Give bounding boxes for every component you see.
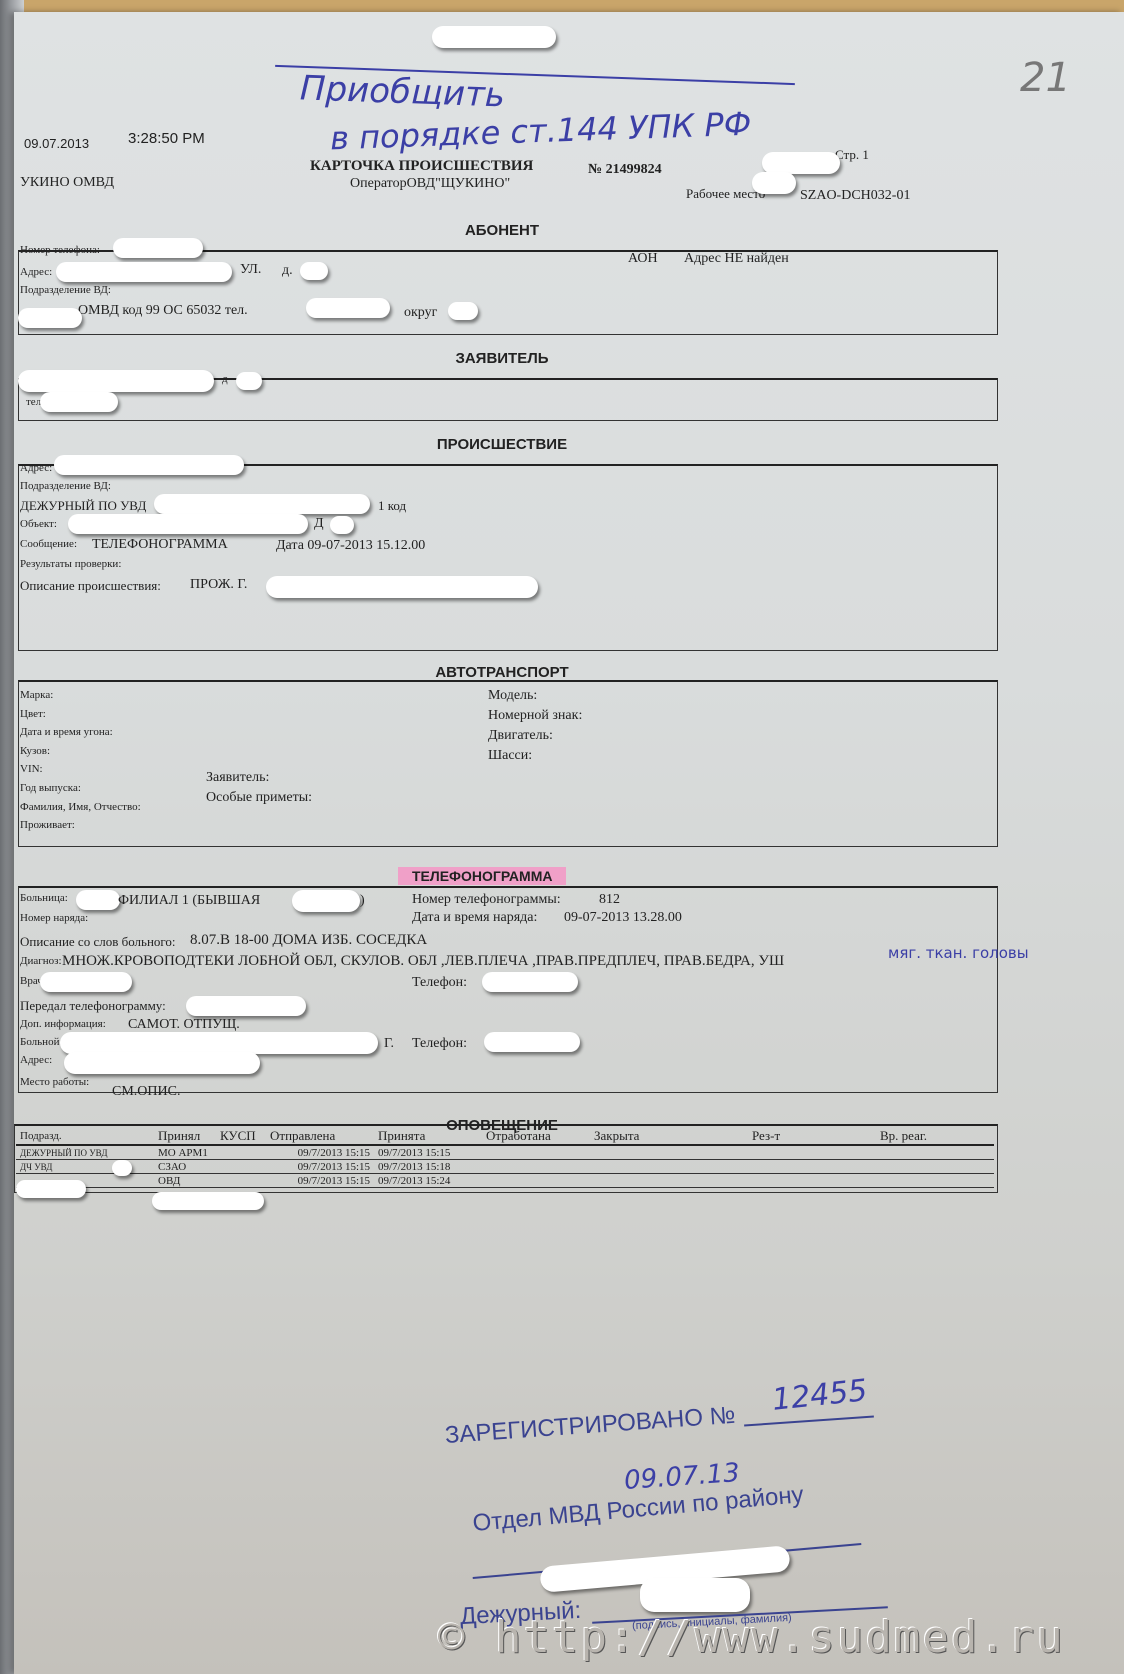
workplace-field: СМ.ОПИС. xyxy=(112,1084,180,1100)
section-title-incident: ПРОИСШЕСТВИЕ xyxy=(14,436,990,453)
vehicle-middle-fields: Заявитель: Особые приметы: xyxy=(206,768,406,808)
redaction xyxy=(762,152,840,174)
object-house: Д xyxy=(314,516,324,532)
col-sent: Отправлена xyxy=(266,1128,374,1145)
extra-info: САМОТ. ОТПУЩ. xyxy=(128,1017,240,1033)
col-accepted: Принята xyxy=(374,1128,482,1145)
page-number-handwritten: 21 xyxy=(1020,55,1071,101)
redaction xyxy=(18,308,82,328)
hospital-end: ) xyxy=(360,893,365,909)
card-title: КАРТОЧКА ПРОИСШЕСТВИЯ xyxy=(310,158,533,175)
table-row: ДЧ УВД СЗАО 09/7/2013 15:15 09/7/2013 15… xyxy=(16,1160,994,1174)
duty-line: ДЕЖУРНЫЙ ПО УВД xyxy=(20,498,146,514)
col-unit: Подразд. xyxy=(16,1128,154,1145)
district-label: округ xyxy=(404,305,437,321)
redaction xyxy=(113,238,203,258)
field-year: Год выпуска: xyxy=(20,779,200,798)
col-received-by: Принял xyxy=(154,1128,216,1145)
aon-label: АОН xyxy=(628,251,658,267)
field-vin: VIN: xyxy=(20,760,200,779)
col-reaction-time: Вр. реаг. xyxy=(876,1128,994,1145)
col-kusp: КУСП xyxy=(216,1128,266,1145)
operator: ОператорОВД"ЩУКИНО" xyxy=(350,176,510,192)
incident-box xyxy=(18,464,998,651)
redaction xyxy=(76,890,120,910)
patient-phone-label: Телефон: xyxy=(412,1036,467,1052)
redaction xyxy=(54,455,244,475)
patient-label: Больной: xyxy=(20,1036,63,1048)
table-row: ОВД 09/7/2013 15:15 09/7/2013 15:24 xyxy=(16,1174,994,1188)
field-chassis: Шасси: xyxy=(488,746,688,766)
redaction xyxy=(16,1180,86,1198)
redaction xyxy=(18,370,214,392)
house-label: д. xyxy=(282,263,293,279)
redaction xyxy=(40,972,132,992)
redaction xyxy=(60,1032,378,1054)
workplace-id: SZAO-DCH032-01 xyxy=(800,188,910,204)
patient-suffix: Г. xyxy=(384,1036,394,1052)
phone-label: Номер телефона: xyxy=(20,244,100,256)
field-theft-datetime: Дата и время угона: xyxy=(20,723,200,742)
redaction xyxy=(432,26,556,48)
diagnosis-label: Диагноз: xyxy=(20,955,62,967)
field-special-marks: Особые приметы: xyxy=(206,788,406,808)
handwritten-note-line1: Приобщить xyxy=(299,68,505,115)
vehicle-right-fields: Модель: Номерной знак: Двигатель: Шасси: xyxy=(488,686,688,766)
redaction xyxy=(266,576,538,598)
notification-table: Подразд. Принял КУСП Отправлена Принята … xyxy=(16,1128,994,1188)
order-number-label: Номер наряда: xyxy=(20,912,88,924)
redaction xyxy=(40,392,118,412)
redaction xyxy=(640,1578,750,1612)
section-title-applicant: ЗАЯВИТЕЛЬ xyxy=(14,350,990,367)
redaction xyxy=(306,298,390,318)
incident-address-label: Адрес: xyxy=(20,462,52,474)
address-label: Адрес: xyxy=(20,266,52,278)
col-result: Рез-т xyxy=(748,1128,876,1145)
vehicle-left-fields: Марка: Цвет: Дата и время угона: Кузов: … xyxy=(20,686,200,835)
col-closed: Закрыта xyxy=(590,1128,748,1145)
tg-number: 812 xyxy=(599,892,620,908)
redaction xyxy=(236,372,262,390)
incident-subdivision-label: Подразделение ВД: xyxy=(20,480,111,492)
applicant-phone-label: тел xyxy=(26,396,41,408)
redaction xyxy=(300,262,328,280)
patient-words: 8.07.В 18-00 ДОМА ИЗБ. СОСЕДКА xyxy=(190,932,427,949)
subdivision-label: Подразделение ВД: xyxy=(20,284,111,296)
redaction xyxy=(56,262,232,282)
redaction xyxy=(330,516,354,534)
subdivision-line: ОМВД код 99 ОС 65032 тел. xyxy=(78,303,248,319)
header-org: УКИНО ОМВД xyxy=(20,175,114,191)
check-results-label: Результаты проверки: xyxy=(20,558,121,570)
redaction xyxy=(752,172,796,194)
field-full-name: Фамилия, Имя, Отчество: xyxy=(20,798,200,817)
field-brand: Марка: xyxy=(20,686,200,705)
field-plate: Номерной знак: xyxy=(488,706,688,726)
order-datetime: 09-07-2013 13.28.00 xyxy=(564,910,682,926)
order-datetime-label: Дата и время наряда: xyxy=(412,910,537,926)
hospital-name: ФИЛИАЛ 1 (БЫВШАЯ xyxy=(118,893,260,909)
field-applicant: Заявитель: xyxy=(206,768,406,788)
hospital-label: Больница: xyxy=(20,892,68,904)
redaction xyxy=(482,972,578,992)
section-title-telephonogram: ТЕЛЕФОНОГРАММА xyxy=(398,868,566,884)
redaction xyxy=(152,1192,264,1210)
field-engine: Двигатель: xyxy=(488,726,688,746)
sender-label: Передал телефонограмму: xyxy=(20,998,166,1014)
message-label: Сообщение: xyxy=(20,538,77,550)
section-title-abonent: АБОНЕНТ xyxy=(14,222,990,239)
redaction xyxy=(68,514,308,534)
page-indicator: Стр. 1 xyxy=(835,147,869,163)
field-model: Модель: xyxy=(488,686,688,706)
card-number: № 21499824 xyxy=(588,162,662,178)
object-label: Объект: xyxy=(20,518,57,530)
notification-header-row: Подразд. Принял КУСП Отправлена Принята … xyxy=(16,1128,994,1145)
redaction xyxy=(112,1160,132,1176)
redaction xyxy=(64,1052,260,1074)
duty-suffix: 1 код xyxy=(378,498,406,514)
redaction xyxy=(154,494,370,514)
redaction xyxy=(484,1032,580,1052)
patient-words-label: Описание со слов больного: xyxy=(20,934,176,950)
section-title-vehicle: АВТОТРАНСПОРТ xyxy=(14,664,990,681)
watermark: © http://www.sudmed.ru xyxy=(438,1612,1065,1663)
redaction xyxy=(448,302,478,320)
message-type: ТЕЛЕФОНОГРАММА xyxy=(92,537,228,553)
description-label: Описание происшествия: xyxy=(20,578,161,594)
redaction xyxy=(292,890,360,912)
diagnosis-handwritten-addition: мяг. ткан. головы xyxy=(888,944,1029,962)
table-row: ДЕЖУРНЫЙ ПО УВД МО АРМ1 09/7/2013 15:15 … xyxy=(16,1145,994,1160)
diagnosis: МНОЖ.КРОВОПОДТЕКИ ЛОБНОЙ ОБЛ, СКУЛОВ. ОБ… xyxy=(62,953,784,970)
print-time: 3:28:50 PM xyxy=(128,130,205,147)
extra-info-label: Доп. информация: xyxy=(20,1018,106,1030)
field-body: Кузов: xyxy=(20,742,200,761)
print-date: 09.07.2013 xyxy=(24,136,89,151)
aon-status: Адрес НЕ найден xyxy=(684,251,789,267)
field-residence: Проживает: xyxy=(20,816,200,835)
workplace-field-label: Место работы: xyxy=(20,1076,89,1088)
col-processed: Отработана xyxy=(482,1128,590,1145)
message-date: Дата 09-07-2013 15.12.00 xyxy=(276,538,425,554)
tg-number-label: Номер телефонограммы: xyxy=(412,892,561,908)
doctor-phone-label: Телефон: xyxy=(412,975,467,991)
description-text: ПРОЖ. Г. xyxy=(190,577,247,593)
field-color: Цвет: xyxy=(20,705,200,724)
applicant-house-label: д xyxy=(222,373,228,385)
patient-address-label: Адрес: xyxy=(20,1054,52,1066)
redaction xyxy=(186,996,306,1016)
street-suffix: УЛ. xyxy=(240,262,261,278)
